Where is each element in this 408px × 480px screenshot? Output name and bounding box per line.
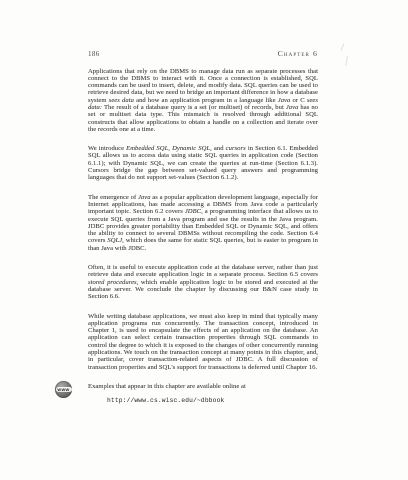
paragraph-java-jdbc: The emergence of Java as a popular appli… xyxy=(88,194,318,252)
paragraph-embedded-sql: We introduce Embedded SQL, Dynamic SQL, … xyxy=(88,145,318,181)
page-number: 186 xyxy=(88,50,100,58)
paragraph-transactions: While writing database applications, we … xyxy=(88,313,318,371)
www-icon-label: WWW xyxy=(56,387,72,393)
running-head: 186 Chapter 6 xyxy=(88,49,318,58)
paragraph-stored-procedures: Often, it is useful to execute applicati… xyxy=(88,264,318,300)
examples-url: http://www.cs.wisc.edu/~dbbook xyxy=(107,397,318,404)
examples-intro-text: Examples that appear in this chapter are… xyxy=(88,383,318,390)
www-globe-icon: WWW xyxy=(55,381,72,398)
chapter-heading: Chapter 6 xyxy=(278,49,318,58)
book-page: 186 Chapter 6 Applications that rely on … xyxy=(0,0,408,480)
text-block: Applications that rely on the DBMS to ma… xyxy=(88,68,318,404)
scan-artifact xyxy=(345,56,348,66)
scan-artifact xyxy=(341,43,345,51)
paragraph-intro-dbms: Applications that rely on the DBMS to ma… xyxy=(88,68,318,134)
